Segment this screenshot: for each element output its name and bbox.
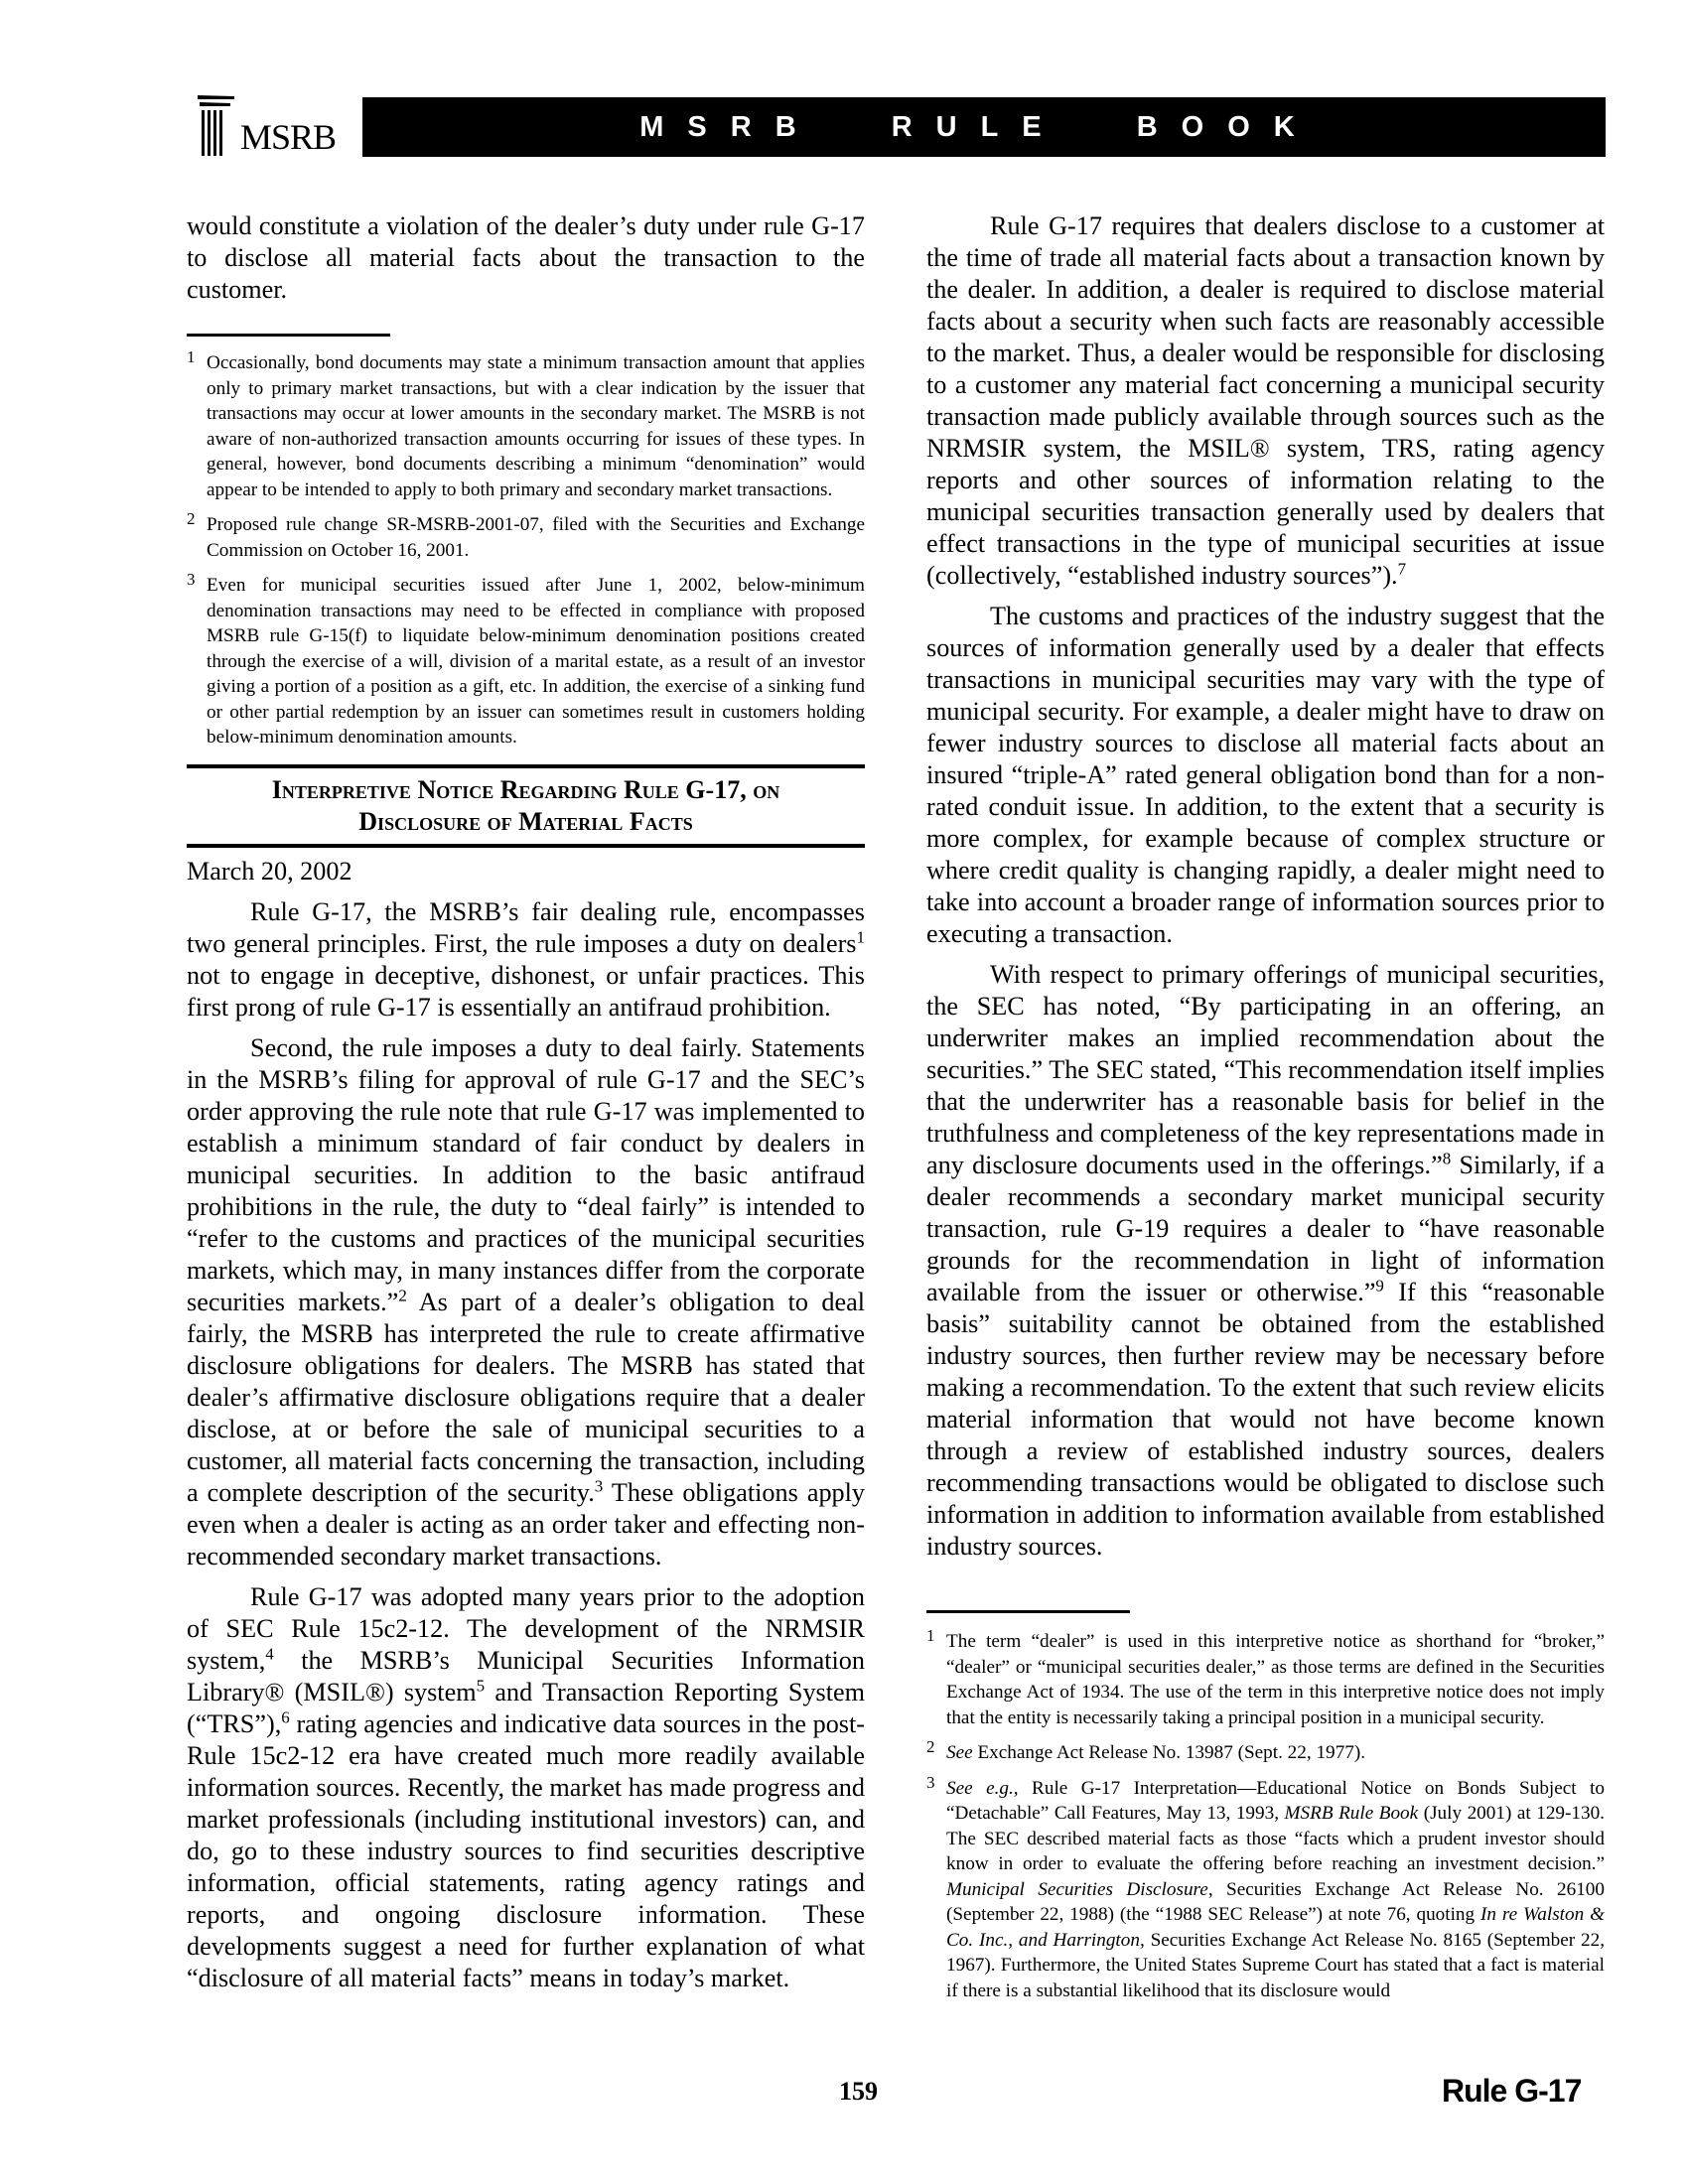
text: If this “reasonable basis” suitability c… bbox=[926, 1278, 1605, 1561]
footnote-italic: MSRB Rule Book bbox=[1285, 1803, 1419, 1824]
paragraph-6: With respect to primary offerings of mun… bbox=[926, 959, 1605, 1563]
footnote-3: 3 See e.g., Rule G-17 Interpretation—Edu… bbox=[926, 1776, 1605, 2004]
section-title-line-1: Interpretive Notice Regarding Rule G-17,… bbox=[187, 774, 865, 806]
text: Rule G-17 requires that dealers disclose… bbox=[926, 211, 1605, 590]
page-number: 159 bbox=[839, 2077, 878, 2107]
footnote-text: Even for municipal securities issued aft… bbox=[207, 575, 865, 748]
msrb-logo: MSRB bbox=[195, 93, 334, 157]
footnote-number: 3 bbox=[187, 567, 196, 593]
footnote-ref[interactable]: 6 bbox=[281, 1707, 290, 1726]
footnote-2: 2 Proposed rule change SR-MSRB-2001-07, … bbox=[187, 512, 865, 563]
footnote-1: 1 Occasionally, bond documents may state… bbox=[187, 350, 865, 502]
footnote-ref[interactable]: 2 bbox=[398, 1286, 407, 1304]
intro-continuation: would constitute a violation of the deal… bbox=[187, 210, 865, 306]
footnote-ref[interactable]: 9 bbox=[1375, 1276, 1384, 1295]
rule-label: Rule G-17 bbox=[1442, 2073, 1581, 2110]
text: With respect to primary offerings of mun… bbox=[926, 960, 1605, 1179]
footnote-number: 1 bbox=[926, 1623, 935, 1649]
left-column: would constitute a violation of the deal… bbox=[187, 210, 865, 1994]
paragraph-2: Second, the rule imposes a duty to deal … bbox=[187, 1032, 865, 1572]
text: Rule G-17, the MSRB’s fair dealing rule,… bbox=[187, 897, 865, 958]
footnote-number: 2 bbox=[187, 506, 196, 532]
footnote-italic: See e.g., bbox=[946, 1778, 1019, 1799]
logo-text: MSRB bbox=[240, 117, 336, 157]
section-title: Interpretive Notice Regarding Rule G-17,… bbox=[187, 764, 865, 848]
footnote-2: 2 See Exchange Act Release No. 13987 (Se… bbox=[926, 1740, 1605, 1766]
notice-date: March 20, 2002 bbox=[187, 856, 865, 887]
right-column: Rule G-17 requires that dealers disclose… bbox=[926, 210, 1605, 2003]
footnote-text: Proposed rule change SR-MSRB-2001-07, fi… bbox=[207, 514, 865, 561]
paragraph-5: The customs and practices of the industr… bbox=[926, 601, 1605, 950]
footnote-italic: See bbox=[946, 1742, 973, 1763]
footnote-text: Occasionally, bond documents may state a… bbox=[207, 352, 865, 500]
footnote-number: 1 bbox=[187, 344, 196, 370]
footnote-ref[interactable]: 7 bbox=[1398, 559, 1407, 578]
footnote-1: 1 The term “dealer” is used in this inte… bbox=[926, 1629, 1605, 1730]
paragraph-3: Rule G-17 was adopted many years prior t… bbox=[187, 1581, 865, 1994]
paragraph-1: Rule G-17, the MSRB’s fair dealing rule,… bbox=[187, 896, 865, 1024]
text: As part of a dealer’s obligation to deal… bbox=[187, 1288, 865, 1507]
footnote-number: 3 bbox=[926, 1770, 935, 1796]
footnote-ref[interactable]: 1 bbox=[857, 927, 866, 946]
footnote-ref[interactable]: 3 bbox=[595, 1476, 604, 1495]
footnote-italic: Municipal Securities Disclosure bbox=[946, 1879, 1208, 1900]
footnote-text: The term “dealer” is used in this interp… bbox=[946, 1631, 1605, 1728]
footnote-ref[interactable]: 5 bbox=[477, 1676, 486, 1695]
footnote-ref[interactable]: 4 bbox=[265, 1644, 274, 1663]
pillar-icon bbox=[195, 93, 244, 157]
text: rating agencies and indicative data sour… bbox=[187, 1709, 865, 1992]
footnote-text: Exchange Act Release No. 13987 (Sept. 22… bbox=[973, 1742, 1365, 1763]
text: Second, the rule imposes a duty to deal … bbox=[187, 1033, 865, 1316]
text: not to engage in deceptive, dishonest, o… bbox=[187, 961, 865, 1022]
footnote-number: 2 bbox=[926, 1734, 935, 1760]
section-title-line-2: Disclosure of Material Facts bbox=[187, 806, 865, 838]
footnote-ref[interactable]: 8 bbox=[1443, 1149, 1452, 1167]
banner-title: MSRB RULE BOOK bbox=[639, 111, 1318, 144]
footnote-3: 3 Even for municipal securities issued a… bbox=[187, 573, 865, 751]
paragraph-4: Rule G-17 requires that dealers disclose… bbox=[926, 210, 1605, 592]
header-banner: MSRB RULE BOOK bbox=[362, 97, 1606, 157]
